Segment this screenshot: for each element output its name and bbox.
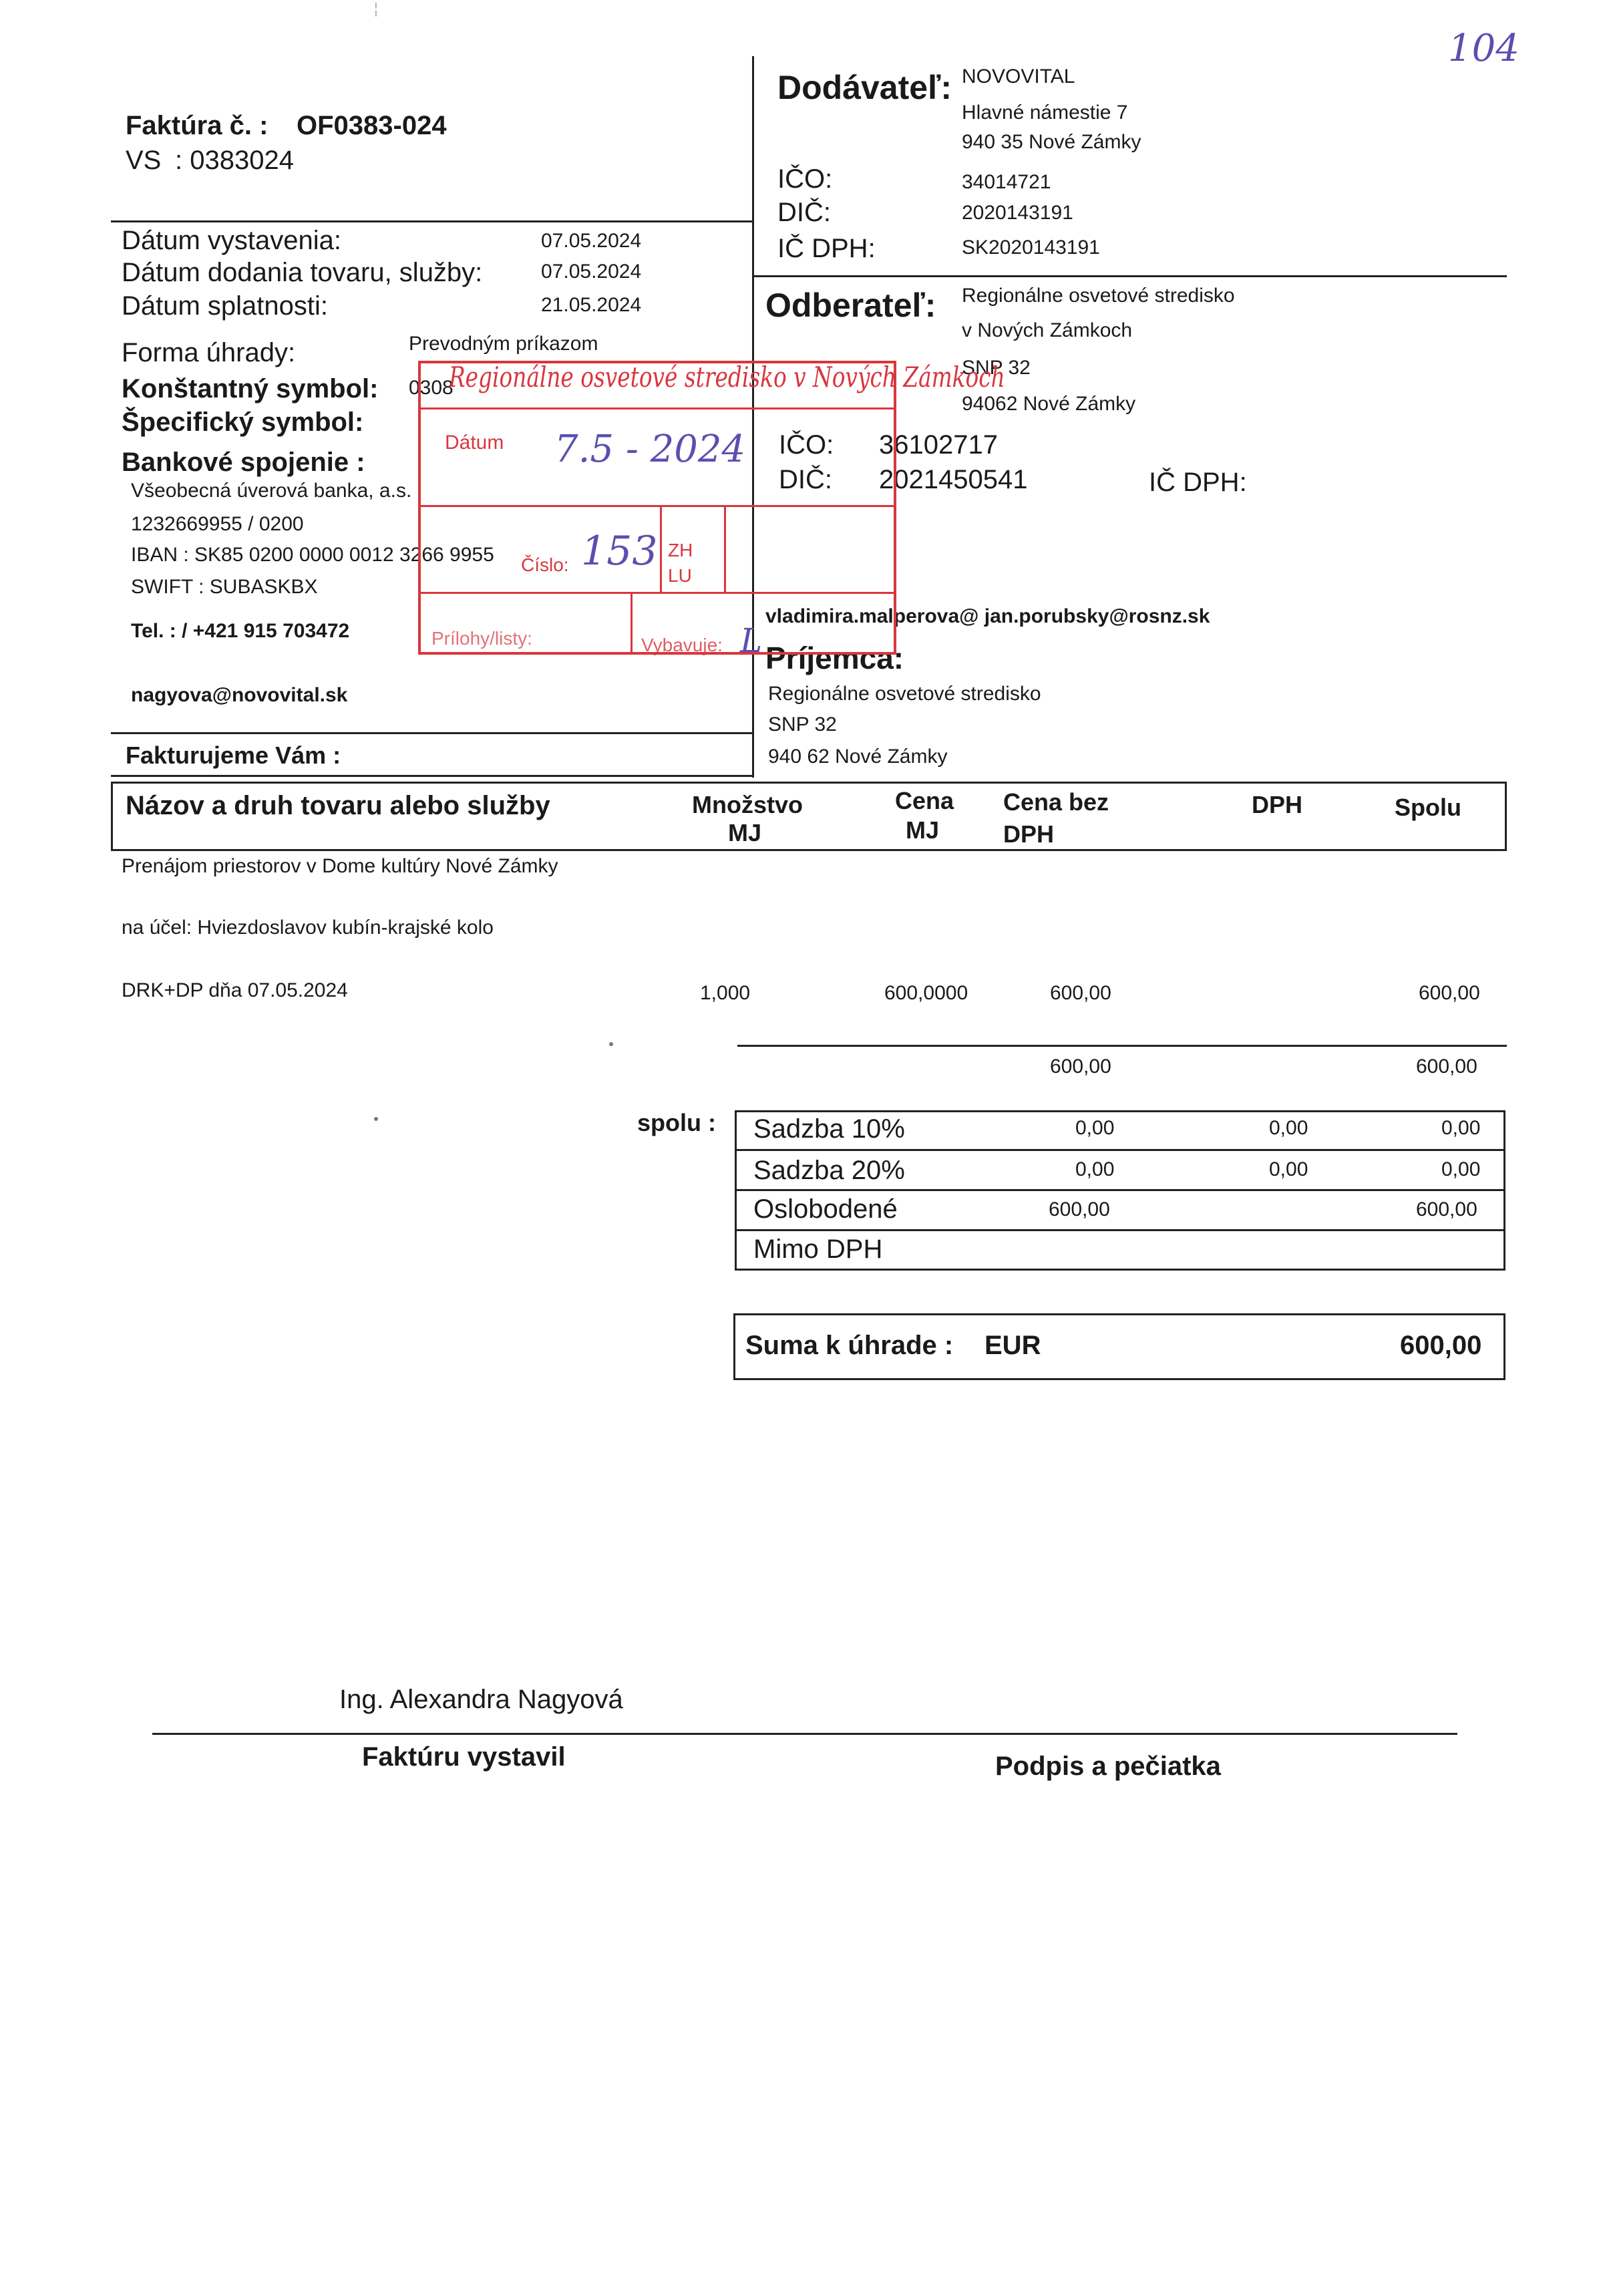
phone: Tel. : / +421 915 703472 — [131, 620, 349, 643]
stamp-handles-value: L — [740, 621, 762, 660]
signature-line — [152, 1733, 1457, 1735]
invoicing-label: Fakturujeme Vám : — [126, 742, 341, 770]
divider-invoicing — [111, 732, 753, 734]
recipient-city: 940 62 Nové Zámky — [768, 746, 947, 768]
vat-rate: Oslobodené — [753, 1194, 898, 1224]
bank-label: Bankové spojenie : — [122, 448, 365, 478]
subtotal-net: 600,00 — [1050, 1055, 1111, 1078]
supplier-ico-label: IČO: — [777, 164, 832, 194]
divider-customer — [752, 275, 1507, 277]
supplier-label: Dodávateľ: — [777, 68, 952, 107]
item-qty: 1,000 — [700, 982, 750, 1005]
customer-name-line1: Regionálne osvetové stredisko — [962, 285, 1235, 307]
supplier-name: NOVOVITAL — [962, 65, 1075, 88]
payment-form: Prevodným príkazom — [409, 333, 598, 355]
customer-name-line2: v Nových Zámkoch — [962, 319, 1132, 342]
registry-stamp — [418, 361, 896, 655]
supplier-city: 940 35 Nové Zámky — [962, 131, 1141, 154]
issue-date-label: Dátum vystavenia: — [122, 226, 341, 256]
item-total: 600,00 — [1419, 982, 1480, 1005]
total-due-amount: 600,00 — [1400, 1331, 1481, 1361]
vat-amount: 0,00 — [1269, 1117, 1308, 1140]
item-description-line2: na účel: Hviezdoslavov kubín-krajské kol… — [122, 917, 494, 939]
vat-total: 600,00 — [1416, 1198, 1477, 1221]
scan-mark: ¦ — [374, 0, 378, 17]
delivery-date: 07.05.2024 — [541, 261, 641, 283]
col-net-header: Cena bez — [1003, 788, 1109, 816]
supplier-icdph: SK2020143191 — [962, 236, 1100, 259]
item-net: 600,00 — [1050, 982, 1111, 1005]
customer-dic: 2021450541 — [879, 465, 1027, 495]
vat-summary-label: spolu : — [637, 1109, 716, 1137]
col-qty-header: Množstvo — [692, 791, 803, 819]
invoice-number: OF0383-024 — [297, 111, 447, 141]
supplier-icdph-label: IČ DPH: — [777, 234, 876, 264]
customer-ico: 36102717 — [879, 430, 998, 460]
payment-form-label: Forma úhrady: — [122, 338, 295, 368]
stamp-number-label: Číslo: — [521, 554, 569, 576]
constant-symbol-label: Konštantný symbol: — [122, 374, 378, 404]
vat-base: 0,00 — [1075, 1158, 1114, 1181]
recipient-street: SNP 32 — [768, 713, 837, 736]
col-price-unit-header: MJ — [906, 816, 939, 844]
stamp-number-value: 153 — [581, 528, 658, 575]
issued-by-label: Faktúru vystavil — [362, 1742, 566, 1772]
swift: SWIFT : SUBASKBX — [131, 576, 318, 599]
vat-rate: Sadzba 10% — [753, 1114, 905, 1144]
stamp-date-label: Dátum — [445, 432, 504, 454]
item-unit-price: 600,0000 — [884, 982, 968, 1005]
customer-icdph-label: IČ DPH: — [1149, 468, 1247, 498]
issuer-name: Ing. Alexandra Nagyová — [339, 1685, 623, 1715]
specific-symbol-label: Špecifický symbol: — [122, 407, 363, 438]
bank-name: Všeobecná úverová banka, a.s. — [131, 480, 411, 502]
due-date: 21.05.2024 — [541, 294, 641, 317]
supplier-dic: 2020143191 — [962, 202, 1073, 224]
stamp-attachments-label: Prílohy/listy: — [431, 628, 532, 649]
item-description-line1: Prenájom priestorov v Dome kultúry Nové … — [122, 855, 558, 878]
col-net-header-2: DPH — [1003, 820, 1054, 848]
col-qty-unit-header: MJ — [728, 819, 761, 847]
col-price-header: Cena — [895, 787, 954, 815]
bank-account: 1232669955 / 0200 — [131, 513, 304, 536]
stamp-date-value: 7.5 - 2024 — [554, 428, 745, 471]
total-due-label: Suma k úhrade : — [745, 1331, 953, 1361]
vat-total: 0,00 — [1441, 1117, 1480, 1140]
due-date-label: Dátum splatnosti: — [122, 291, 328, 321]
stamp-org: Regionálne osvetové stredisko v Nových Z… — [449, 361, 1005, 393]
divider-invoicing-bottom — [111, 775, 753, 777]
item-name: DRK+DP dňa 07.05.2024 — [122, 979, 348, 1002]
delivery-date-label: Dátum dodania tovaru, služby: — [122, 258, 482, 288]
total-due-currency: EUR — [985, 1331, 1041, 1361]
col-name-header: Názov a druh tovaru alebo služby — [126, 791, 550, 821]
customer-label: Odberateľ: — [765, 286, 936, 325]
vat-base: 600,00 — [1049, 1198, 1110, 1221]
vs-label: VS — [126, 146, 161, 176]
supplier-street: Hlavné námestie 7 — [962, 102, 1127, 124]
vat-base: 0,00 — [1075, 1117, 1114, 1140]
subtotal-divider — [737, 1045, 1507, 1047]
vat-total: 0,00 — [1441, 1158, 1480, 1181]
invoice-number-label: Faktúra č. : — [126, 111, 268, 141]
email: nagyova@novovital.sk — [131, 684, 347, 707]
issue-date: 07.05.2024 — [541, 230, 641, 253]
supplier-ico: 34014721 — [962, 171, 1051, 194]
col-total-header: Spolu — [1395, 794, 1461, 822]
col-vat-header: DPH — [1252, 791, 1302, 819]
stamp-lu: LU — [668, 565, 692, 587]
handwritten-page-number: 104 — [1448, 27, 1519, 70]
recipient-name: Regionálne osvetové stredisko — [768, 683, 1041, 705]
divider-dates — [111, 220, 753, 222]
stamp-handles-label: Vybavuje: — [641, 635, 723, 656]
customer-city: 94062 Nové Zámky — [962, 393, 1135, 416]
vat-rate: Mimo DPH — [753, 1235, 882, 1265]
subtotal-total: 600,00 — [1416, 1055, 1477, 1078]
vs-value: : 0383024 — [175, 146, 294, 176]
stamp-zh: ZH — [668, 540, 693, 561]
vat-amount: 0,00 — [1269, 1158, 1308, 1181]
vat-rate: Sadzba 20% — [753, 1156, 905, 1186]
supplier-dic-label: DIČ: — [777, 198, 831, 228]
signature-label: Podpis a pečiatka — [995, 1752, 1221, 1782]
